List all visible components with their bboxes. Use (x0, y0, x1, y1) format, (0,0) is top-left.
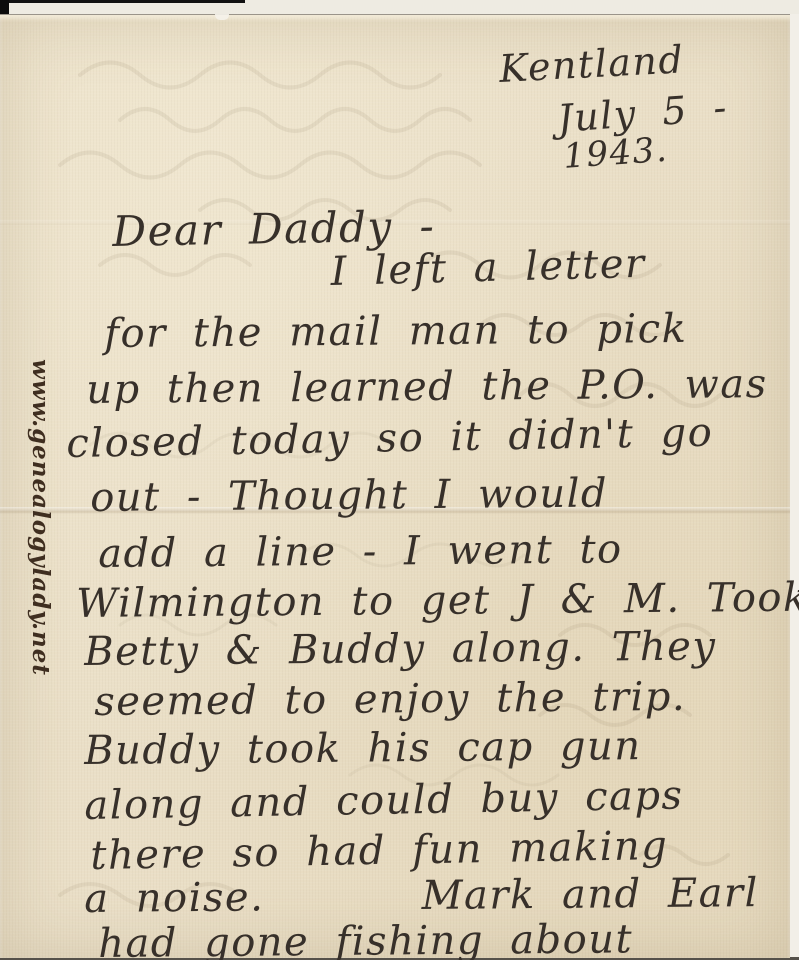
handwritten-line: for the mail man to pick (104, 306, 688, 357)
handwritten-line: out - Thought I would (90, 470, 608, 521)
letter-scan: www.genealogylady.net Kentland July 5 - … (0, 0, 799, 960)
handwritten-line: I left a letter (330, 241, 646, 295)
paper-sheet: www.genealogylady.net Kentland July 5 - … (0, 14, 790, 958)
handwritten-line: there so had fun making (90, 823, 669, 879)
letter-place: Kentland (498, 37, 685, 91)
handwritten-line: Wilmington to get J & M. Took (76, 575, 799, 627)
handwritten-line: along and could buy caps (84, 773, 684, 829)
handwritten-line: had gone fishing about (98, 916, 633, 960)
handwritten-line: a noise. Mark and Earl (84, 870, 759, 922)
scanner-right-strip (790, 14, 799, 958)
handwritten-line: Buddy took his cap gun (84, 723, 642, 774)
handwritten-line: Betty & Buddy along. They (84, 623, 717, 675)
handwritten-line: seemed to enjoy the trip. (94, 674, 686, 725)
letter-date-line2: 1943. (562, 130, 669, 177)
watermark-text: www.genealogylady.net (27, 359, 54, 676)
handwritten-line: up then learned the P.O. was (86, 361, 768, 413)
handwritten-line: add a line - I went to (98, 526, 623, 577)
handwritten-line: closed today so it didn't go (66, 410, 714, 467)
scanner-edge-line (0, 0, 245, 3)
paper-top-edge (0, 15, 790, 22)
